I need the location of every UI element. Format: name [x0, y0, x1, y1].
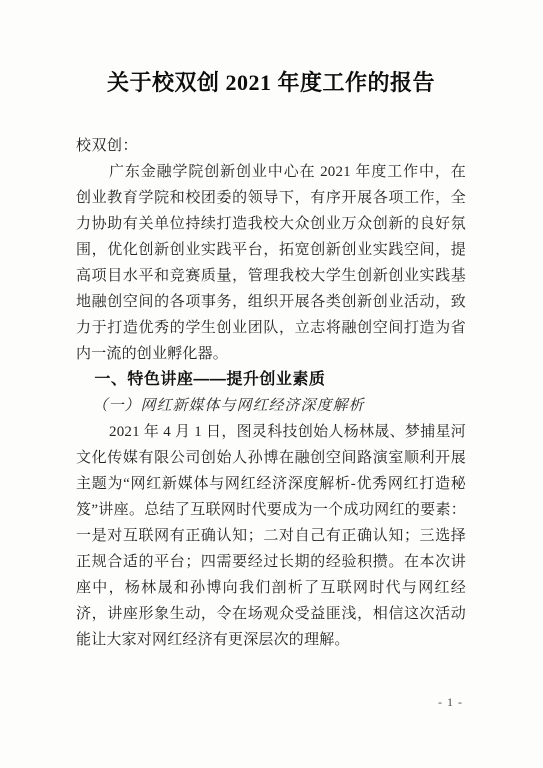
- salutation-line: 校双创：: [76, 133, 466, 159]
- intro-paragraph: 广东金融学院创新创业中心在 2021 年度工作中，在创业教育学院和校团委的领导下…: [76, 159, 466, 367]
- section-1-paragraph: 2021 年 4 月 1 日，图灵科技创始人杨林晟、梦捕星河文化传媒有限公司创始…: [76, 419, 466, 653]
- page-number: - 1 -: [438, 695, 463, 709]
- document-title: 关于校双创 2021 年度工作的报告: [76, 0, 466, 100]
- document-body: 关于校双创 2021 年度工作的报告 校双创： 广东金融学院创新创业中心在 20…: [76, 0, 466, 653]
- section-heading-1: 一、特色讲座——提升创业素质: [76, 367, 466, 393]
- document-page: 关于校双创 2021 年度工作的报告 校双创： 广东金融学院创新创业中心在 20…: [0, 0, 543, 768]
- subsection-heading-1-1: （一）网红新媒体与网红经济深度解析: [76, 393, 466, 419]
